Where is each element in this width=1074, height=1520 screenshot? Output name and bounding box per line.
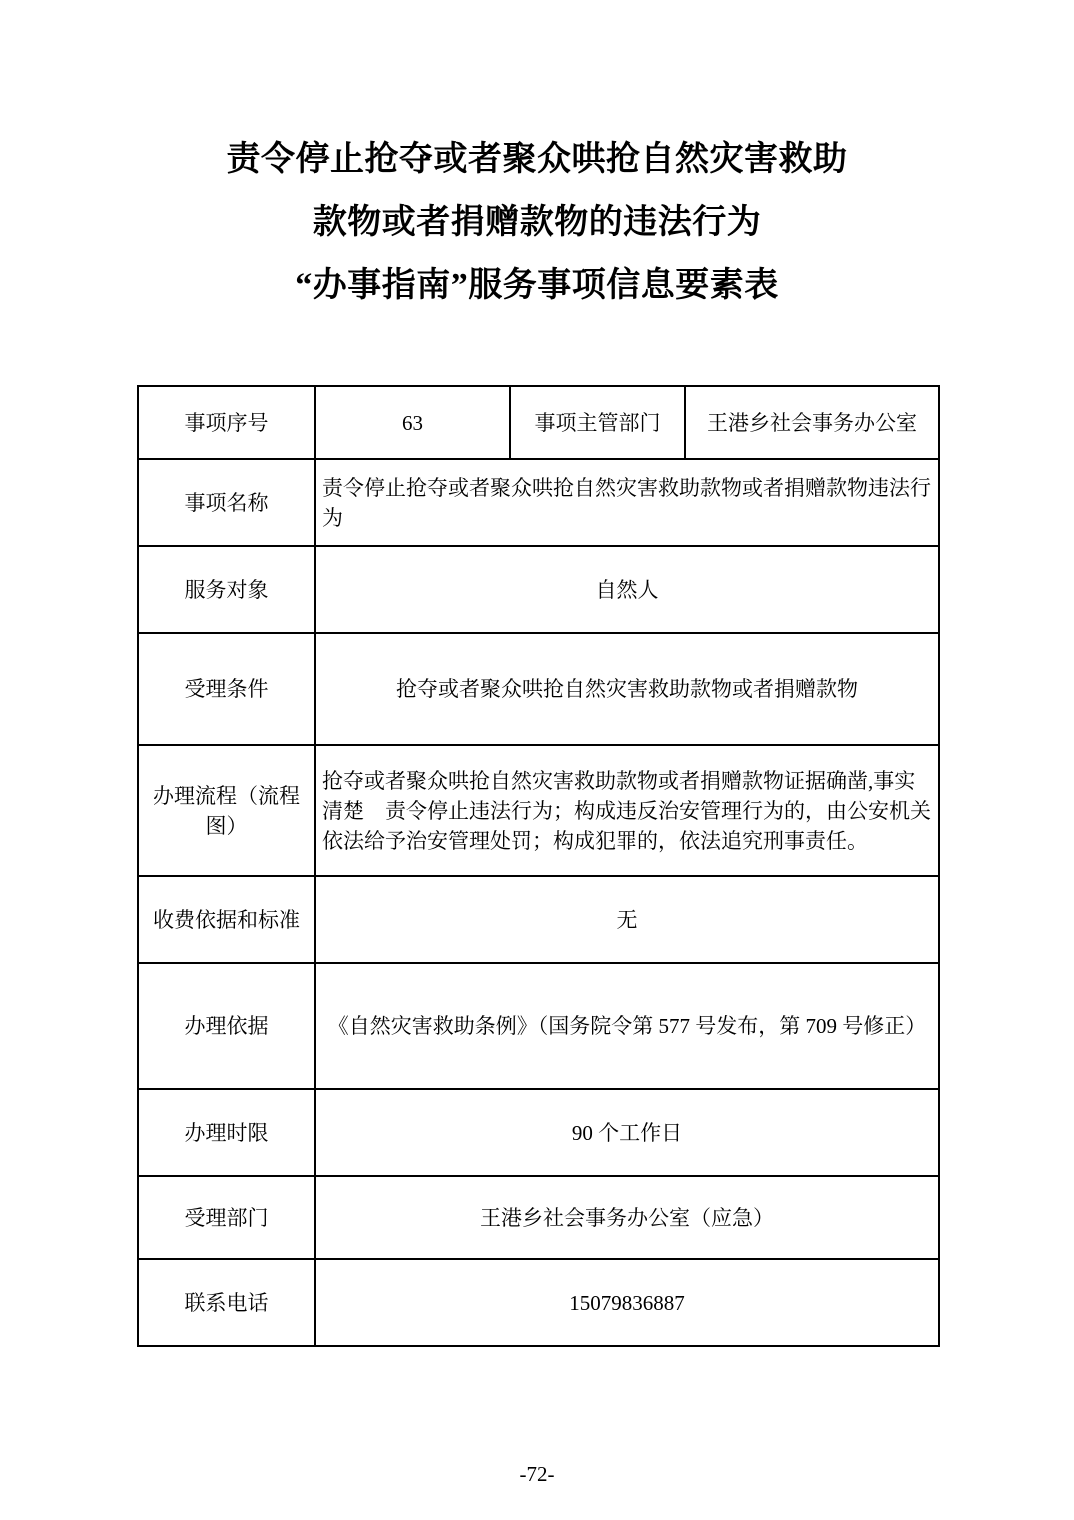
table-row: 收费依据和标准 无 [138,876,939,963]
field-value-fee-basis: 无 [315,876,939,963]
field-label-service-target: 服务对象 [138,546,315,633]
title-line-2: 款物或者捐赠款物的违法行为 [0,191,1074,254]
field-value-service-target: 自然人 [315,546,939,633]
field-value-acceptance-conditions: 抢夺或者聚众哄抢自然灾害救助款物或者捐赠款物 [315,633,939,745]
document-page: 责令停止抢夺或者聚众哄抢自然灾害救助 款物或者捐赠款物的违法行为 “办事指南”服… [0,0,1074,1520]
table-row: 事项序号 63 事项主管部门 王港乡社会事务办公室 [138,386,939,459]
field-label-fee-basis: 收费依据和标准 [138,876,315,963]
field-value-item-number: 63 [315,386,510,459]
field-label-supervising-department: 事项主管部门 [510,386,685,459]
field-label-acceptance-conditions: 受理条件 [138,633,315,745]
table-row: 办理时限 90 个工作日 [138,1089,939,1176]
field-label-contact-phone: 联系电话 [138,1259,315,1346]
field-label-item-name: 事项名称 [138,459,315,546]
table-row: 办理依据 《自然灾害救助条例》（国务院令第 577 号发布，第 709 号修正） [138,963,939,1089]
field-value-supervising-department: 王港乡社会事务办公室 [685,386,939,459]
table-row: 受理部门 王港乡社会事务办公室（应急） [138,1176,939,1259]
field-value-item-name: 责令停止抢夺或者聚众哄抢自然灾害救助款物或者捐赠款物违法行为 [315,459,939,546]
field-label-handling-process: 办理流程（流程图） [138,745,315,876]
service-item-info-table: 事项序号 63 事项主管部门 王港乡社会事务办公室 事项名称 责令停止抢夺或者聚… [137,385,940,1347]
page-number: -72- [0,1462,1074,1487]
table-row: 受理条件 抢夺或者聚众哄抢自然灾害救助款物或者捐赠款物 [138,633,939,745]
field-value-handling-basis: 《自然灾害救助条例》（国务院令第 577 号发布，第 709 号修正） [315,963,939,1089]
title-line-3: “办事指南”服务事项信息要素表 [0,254,1074,317]
table-row: 联系电话 15079836887 [138,1259,939,1346]
field-value-handling-process: 抢夺或者聚众哄抢自然灾害救助款物或者捐赠款物证据确凿,事实清楚 责令停止违法行为… [315,745,939,876]
field-label-accepting-department: 受理部门 [138,1176,315,1259]
field-label-time-limit: 办理时限 [138,1089,315,1176]
table-row: 事项名称 责令停止抢夺或者聚众哄抢自然灾害救助款物或者捐赠款物违法行为 [138,459,939,546]
field-label-item-number: 事项序号 [138,386,315,459]
field-value-accepting-department: 王港乡社会事务办公室（应急） [315,1176,939,1259]
table-row: 服务对象 自然人 [138,546,939,633]
field-label-handling-basis: 办理依据 [138,963,315,1089]
document-title: 责令停止抢夺或者聚众哄抢自然灾害救助 款物或者捐赠款物的违法行为 “办事指南”服… [0,128,1074,317]
title-line-1: 责令停止抢夺或者聚众哄抢自然灾害救助 [0,128,1074,191]
field-value-time-limit: 90 个工作日 [315,1089,939,1176]
field-value-contact-phone: 15079836887 [315,1259,939,1346]
table-row: 办理流程（流程图） 抢夺或者聚众哄抢自然灾害救助款物或者捐赠款物证据确凿,事实清… [138,745,939,876]
